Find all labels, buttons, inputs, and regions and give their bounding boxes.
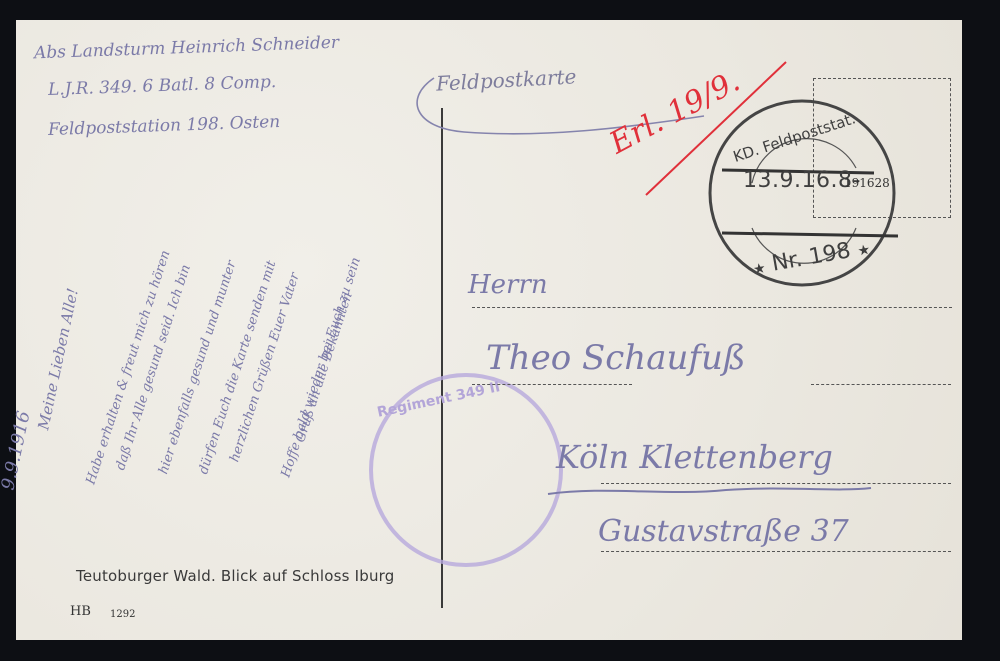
sender-line-3: Feldpoststation 198. Osten: [48, 112, 281, 140]
address-name: Theo Schaufuß: [486, 338, 746, 378]
message-line: Gruß an alle Bekannten: [293, 291, 356, 445]
postcard-caption: Teutoburger Wald. Blick auf Schloss Ibur…: [76, 567, 394, 585]
message-line: Meine Lieben Alle!: [34, 287, 82, 432]
address-line-1: [472, 307, 952, 308]
postcard: Abs Landsturm Heinrich Schneider L.J.R. …: [16, 20, 962, 640]
sender-line-2: L.J.R. 349. 6 Batl. 8 Comp.: [48, 72, 277, 100]
address-line-4: [601, 551, 951, 552]
sender-line-1: Abs Landsturm Heinrich Schneider: [34, 33, 340, 64]
publisher-number: 1292: [110, 609, 135, 620]
publisher-logo: HB: [70, 604, 91, 619]
address-line-2: [472, 384, 632, 385]
stamp-box-number: 191628: [844, 176, 890, 190]
city-underline-icon: [546, 482, 876, 502]
message-date: 9.9.1916: [0, 409, 35, 492]
address-line-2b: [811, 384, 951, 385]
address-street: Gustavstraße 37: [598, 514, 849, 549]
message-line: hier ebenfalls gesund und munter: [156, 259, 239, 476]
address-city: Köln Klettenberg: [556, 438, 833, 476]
address-salutation: Herrn: [468, 270, 548, 300]
star-icon: ★: [856, 242, 871, 260]
star-icon: ★: [752, 260, 767, 278]
